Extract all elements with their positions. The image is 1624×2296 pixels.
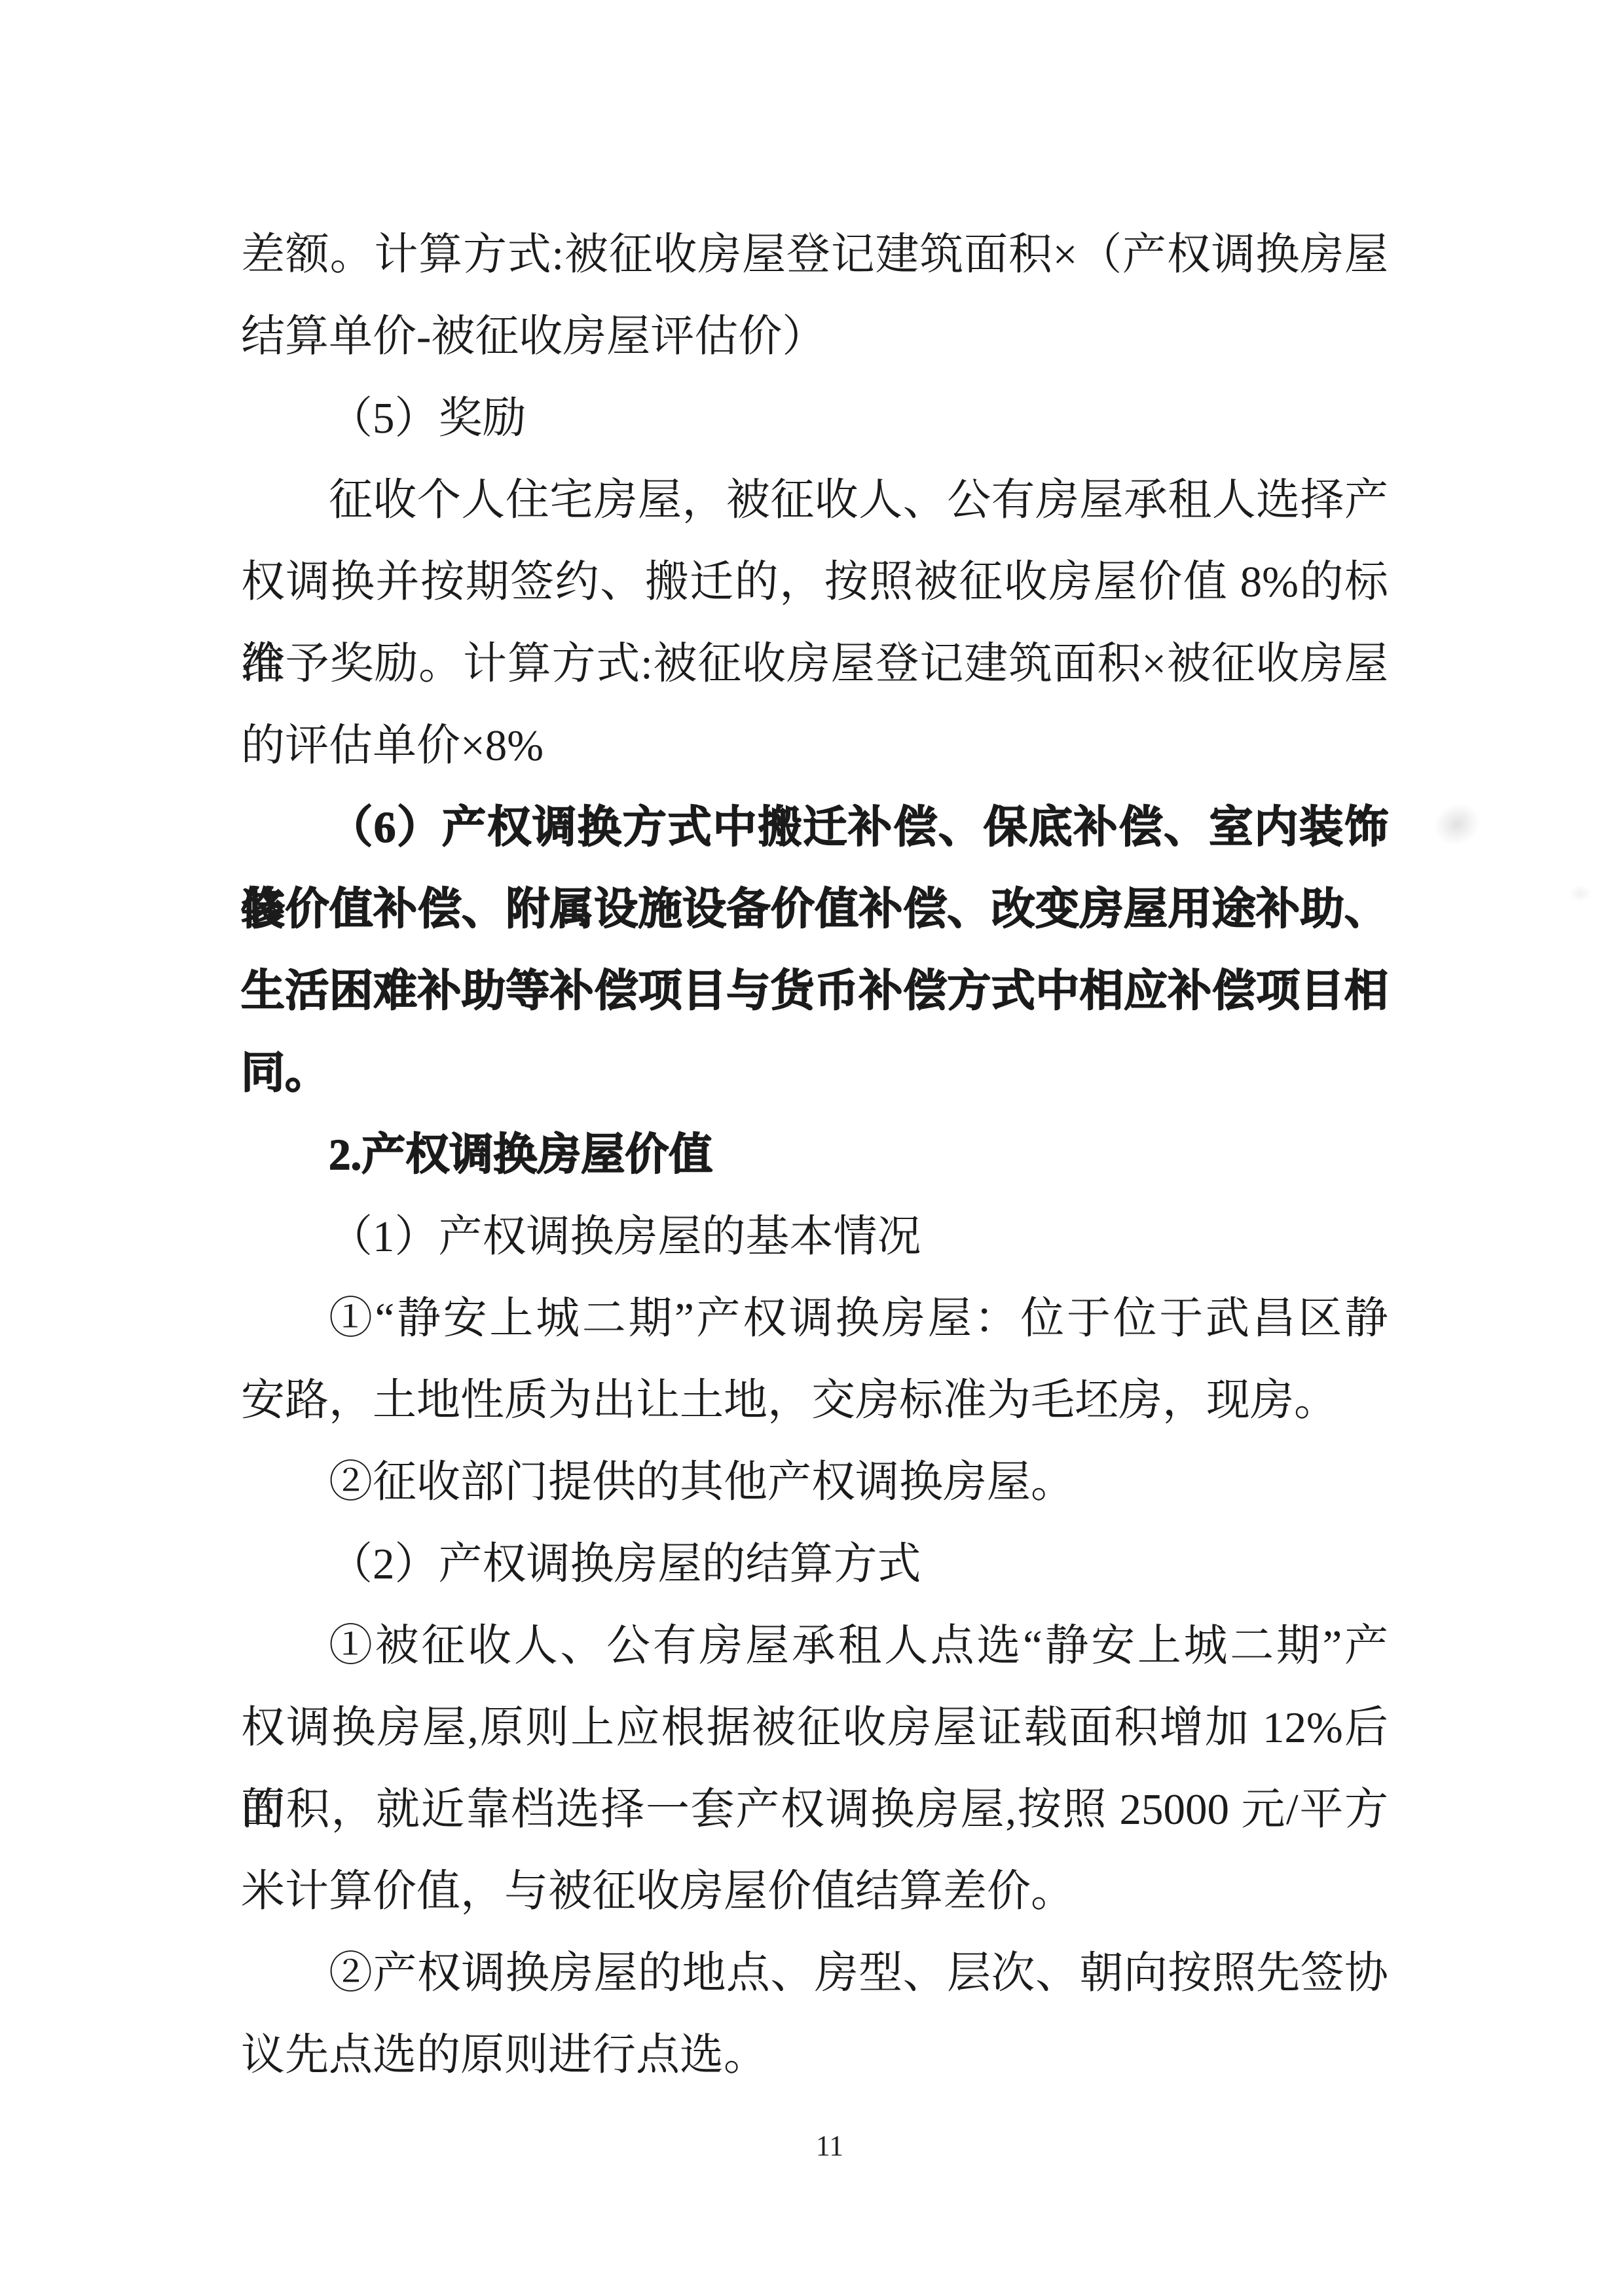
text-line: ①被征收人、公有房屋承租人点选“静安上城二期”产 xyxy=(241,1605,1388,1687)
text-line: 差额。计算方式:被征收房屋登记建筑面积×（产权调换房屋 xyxy=(241,214,1388,296)
text-line: 给予奖励。计算方式:被征收房屋登记建筑面积×被征收房屋 xyxy=(241,623,1388,705)
text-line: （5）奖励 xyxy=(241,378,1388,460)
text-line: 权调换并按期签约、搬迁的，按照被征收房屋价值 8%的标准 xyxy=(241,541,1388,623)
text-line: ②产权调换房屋的地点、房型、层次、朝向按照先签协 xyxy=(241,1933,1388,2014)
text-line: ①“静安上城二期”产权调换房屋：位于位于武昌区静 xyxy=(241,1278,1388,1360)
text-line: 安路，土地性质为出让土地，交房标准为毛坯房，现房。 xyxy=(241,1360,1388,1442)
text-line: （1）产权调换房屋的基本情况 xyxy=(241,1196,1388,1278)
document-page: 差额。计算方式:被征收房屋登记建筑面积×（产权调换房屋结算单价-被征收房屋评估价… xyxy=(0,0,1624,2296)
page-number: 11 xyxy=(797,2130,862,2162)
text-line: 面积，就近靠档选择一套产权调换房屋,按照 25000 元/平方 xyxy=(241,1769,1388,1851)
text-line: （6）产权调换方式中搬迁补偿、保底补偿、室内装饰装 xyxy=(241,787,1388,869)
text-line: 修价值补偿、附属设施设备价值补偿、改变房屋用途补助、 xyxy=(241,869,1388,951)
text-line: ②征收部门提供的其他产权调换房屋。 xyxy=(241,1442,1388,1523)
text-line: （2）产权调换房屋的结算方式 xyxy=(241,1523,1388,1605)
text-line: 同。 xyxy=(241,1032,1388,1114)
text-line: 议先点选的原则进行点选。 xyxy=(241,2014,1388,2096)
text-line: 生活困难补助等补偿项目与货币补偿方式中相应补偿项目相 xyxy=(241,951,1388,1032)
scan-smudge xyxy=(1568,885,1592,902)
text-line: 结算单价-被征收房屋评估价） xyxy=(241,296,1388,378)
text-line: 的评估单价×8% xyxy=(241,705,1388,787)
scan-smudge xyxy=(1428,795,1487,853)
text-line: 2.产权调换房屋价值 xyxy=(241,1114,1388,1196)
text-line: 米计算价值，与被征收房屋价值结算差价。 xyxy=(241,1851,1388,1933)
text-line: 权调换房屋,原则上应根据被征收房屋证载面积增加 12%后的 xyxy=(241,1687,1388,1769)
text-block: 差额。计算方式:被征收房屋登记建筑面积×（产权调换房屋结算单价-被征收房屋评估价… xyxy=(241,214,1388,2096)
text-line: 征收个人住宅房屋，被征收人、公有房屋承租人选择产 xyxy=(241,460,1388,541)
